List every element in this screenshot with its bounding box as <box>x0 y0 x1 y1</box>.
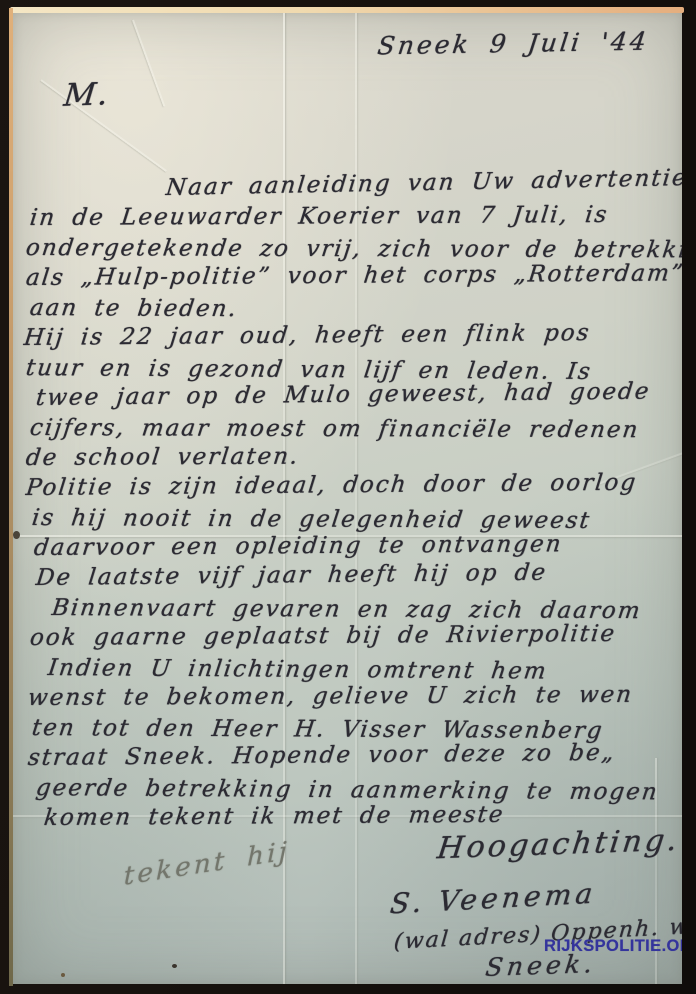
paper-speck <box>61 973 65 977</box>
site-watermark: RIJKSPOLITIE.ORG <box>544 937 682 956</box>
handwriting-line: straat Sneek. Hopende voor deze zo be„ <box>26 737 682 773</box>
paper-speck <box>13 531 20 539</box>
handwriting-line: Naar aanleiding van Uw advertentie <box>164 163 682 203</box>
date-line: Sneek 9 Juli '44 <box>376 27 651 61</box>
handwriting-line: Hij is 22 jaar oud, heeft een flink pos <box>22 317 682 353</box>
handwriting-line: Politie is zijn ideaal, doch door de oor… <box>24 467 682 503</box>
letter-body: Naar aanleiding van Uw advertentiein de … <box>26 173 682 833</box>
handwriting-line: als „Hulp-politie” voor het corps „Rotte… <box>24 258 682 293</box>
paper-crease <box>132 20 165 107</box>
paper-speck <box>172 964 177 968</box>
pencil-annotation: tekent hij <box>123 836 290 891</box>
salutation: M. <box>62 76 112 114</box>
handwriting-line: wenst te bekomen, gelieve U zich te wen <box>26 680 682 713</box>
letter-paper: Sneek 9 Juli '44 M. Naar aanleiding van … <box>13 13 682 984</box>
signature: S. Veenema <box>389 877 599 921</box>
letter-photo: Sneek 9 Juli '44 M. Naar aanleiding van … <box>0 0 696 994</box>
handwriting-line: De laatste vijf jaar heeft hij op de <box>34 556 682 593</box>
handwriting-line: in de Leeuwarder Koerier van 7 Juli, is <box>28 200 682 233</box>
handwriting-line: ook gaarne geplaatst bij de Rivierpoliti… <box>28 618 682 653</box>
handwriting-line: twee jaar op de Mulo geweest, had goede <box>34 376 682 413</box>
closing-phrase: Hoogachting. <box>435 823 682 866</box>
